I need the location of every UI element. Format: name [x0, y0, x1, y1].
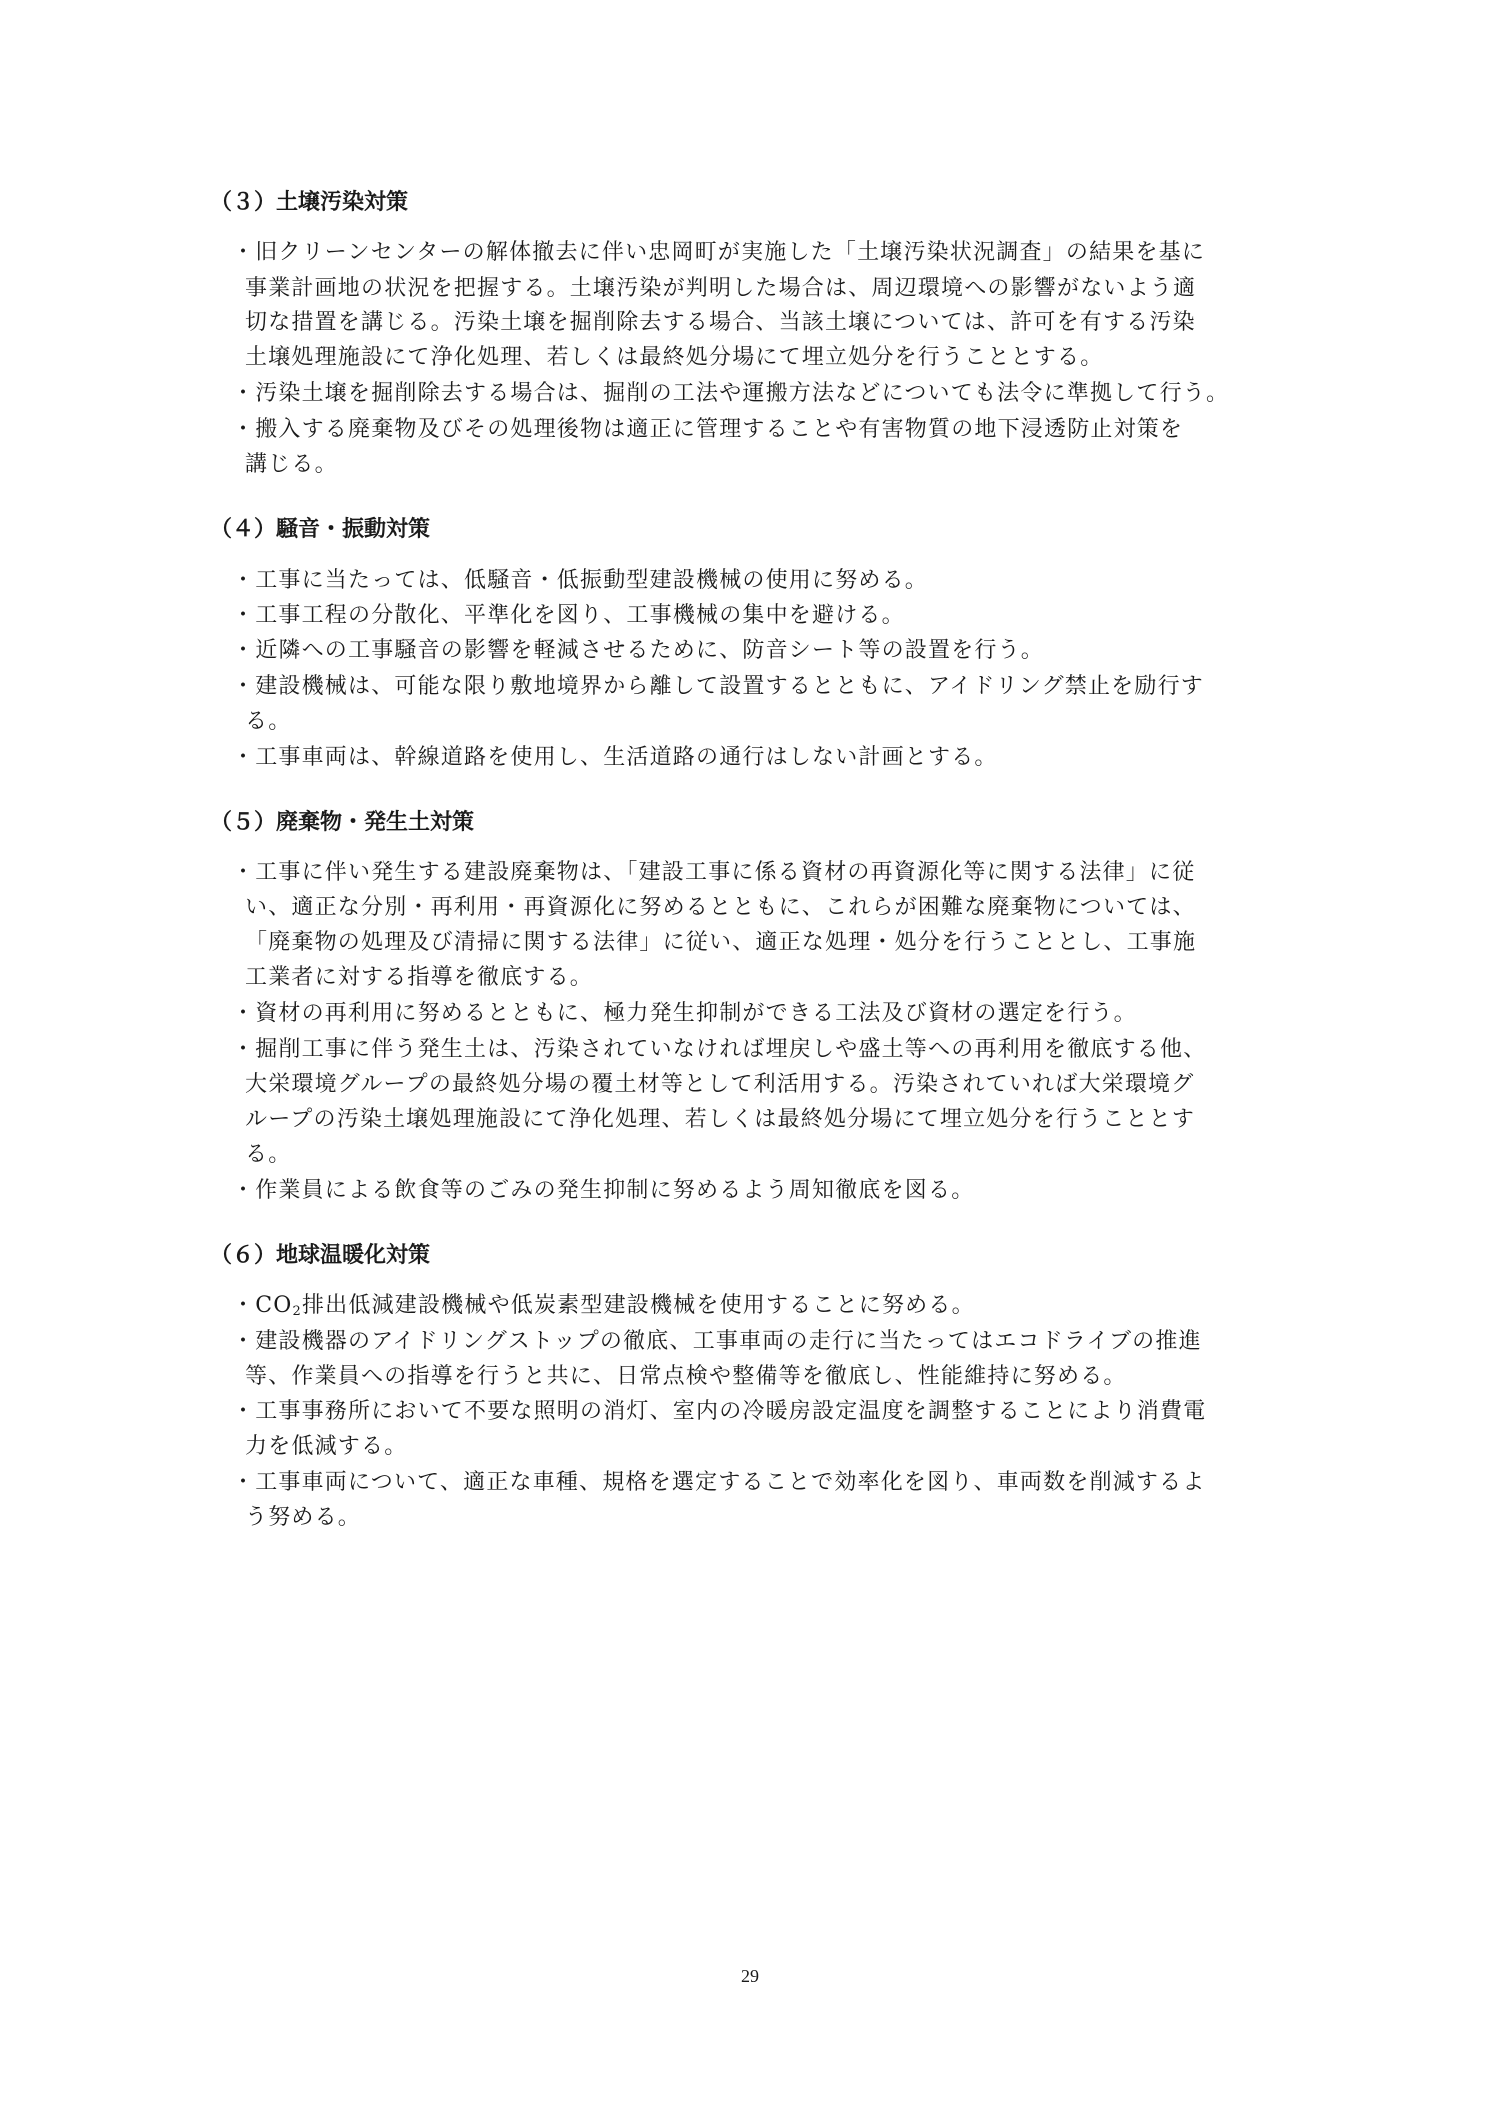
bullet-line-co2: ・CO2排出低減建設機械や低炭素型建設機械を使用することに努める。: [232, 1291, 975, 1327]
bullet-line: ・建設機器のアイドリングストップの徹底、工事車両の走行に当たってはエコドライブの…: [232, 1327, 1202, 1357]
continuation-line: 事業計画地の状況を把握する。土壌汚染が判明した場合は、周辺環境への影響がないよう…: [245, 274, 1196, 304]
section-heading-waste-soil: （５）廃棄物・発生土対策: [210, 808, 474, 838]
continuation-line: 等、作業員への指導を行うと共に、日常点検や整備等を徹底し、性能維持に努める。: [245, 1362, 1127, 1392]
page-number: 29: [0, 1964, 1500, 1988]
document-page: （３）土壌汚染対策 ・旧クリーンセンターの解体撤去に伴い忠岡町が実施した「土壌汚…: [0, 0, 1500, 2122]
bullet-line: ・工事車両は、幹線道路を使用し、生活道路の通行はしない計画とする。: [232, 743, 998, 773]
continuation-line: 「廃棄物の処理及び清掃に関する法律」に従い、適正な処理・処分を行うこととし、工事…: [245, 928, 1196, 958]
co2-suffix: 排出低減建設機械や低炭素型建設機械を使用することに努める。: [302, 1293, 975, 1318]
section-heading-noise-vibration: （４）騒音・振動対策: [210, 515, 430, 545]
bullet-line: ・旧クリーンセンターの解体撤去に伴い忠岡町が実施した「土壌汚染状況調査」の結果を…: [232, 238, 1205, 268]
section-heading-global-warming: （６）地球温暖化対策: [210, 1241, 430, 1271]
bullet-line: ・資材の再利用に努めるとともに、極力発生抑制ができる工法及び資材の選定を行う。: [232, 999, 1137, 1029]
bullet-line: ・近隣への工事騒音の影響を軽減させるために、防音シート等の設置を行う。: [232, 636, 1044, 666]
continuation-line: う努める。: [245, 1503, 361, 1533]
continuation-line: 工業者に対する指導を徹底する。: [245, 963, 593, 993]
bullet-line: ・工事事務所において不要な照明の消灯、室内の冷暖房設定温度を調整することにより消…: [232, 1397, 1206, 1427]
bullet-line: ・建設機械は、可能な限り敷地境界から離して設置するとともに、アイドリング禁止を励…: [232, 672, 1204, 702]
bullet-line: ・汚染土壌を掘削除去する場合は、掘削の工法や運搬方法などについても法令に準拠して…: [232, 379, 1229, 409]
bullet-line: ・工事に当たっては、低騒音・低振動型建設機械の使用に努める。: [232, 566, 928, 596]
continuation-line: 土壌処理施設にて浄化処理、若しくは最終処分場にて埋立処分を行うこととする。: [245, 343, 1103, 373]
bullet-line: ・搬入する廃棄物及びその処理後物は適正に管理することや有害物質の地下浸透防止対策…: [232, 415, 1183, 445]
continuation-line: る。: [245, 1140, 291, 1170]
continuation-line: 大栄環境グループの最終処分場の覆土材等として利活用する。汚染されていれば大栄環境…: [245, 1070, 1194, 1100]
bullet-line: ・作業員による飲食等のごみの発生抑制に努めるよう周知徹底を図る。: [232, 1176, 974, 1206]
bullet-line: ・工事に伴い発生する建設廃棄物は、「建設工事に係る資材の再資源化等に関する法律」…: [232, 858, 1195, 888]
continuation-line: る。: [245, 707, 291, 737]
continuation-line: 切な措置を講じる。汚染土壌を掘削除去する場合、当該土壌については、許可を有する汚…: [245, 308, 1196, 338]
continuation-line: い、適正な分別・再利用・再資源化に努めるとともに、これらが困難な廃棄物については…: [245, 893, 1196, 923]
co2-subscript: 2: [292, 1304, 301, 1319]
continuation-line: 力を低減する。: [245, 1432, 407, 1462]
section-heading-soil-contamination: （３）土壌汚染対策: [210, 188, 408, 218]
co2-prefix: ・CO: [232, 1293, 292, 1318]
continuation-line: 講じる。: [245, 450, 338, 480]
bullet-line: ・工事車両について、適正な車種、規格を選定することで効率化を図り、車両数を削減す…: [232, 1468, 1206, 1498]
continuation-line: ループの汚染土壌処理施設にて浄化処理、若しくは最終処分場にて埋立処分を行うことと…: [245, 1105, 1195, 1135]
bullet-line: ・工事工程の分散化、平準化を図り、工事機械の集中を避ける。: [232, 601, 905, 631]
bullet-line: ・掘削工事に伴う発生土は、汚染されていなければ埋戻しや盛土等への再利用を徹底する…: [232, 1035, 1206, 1065]
